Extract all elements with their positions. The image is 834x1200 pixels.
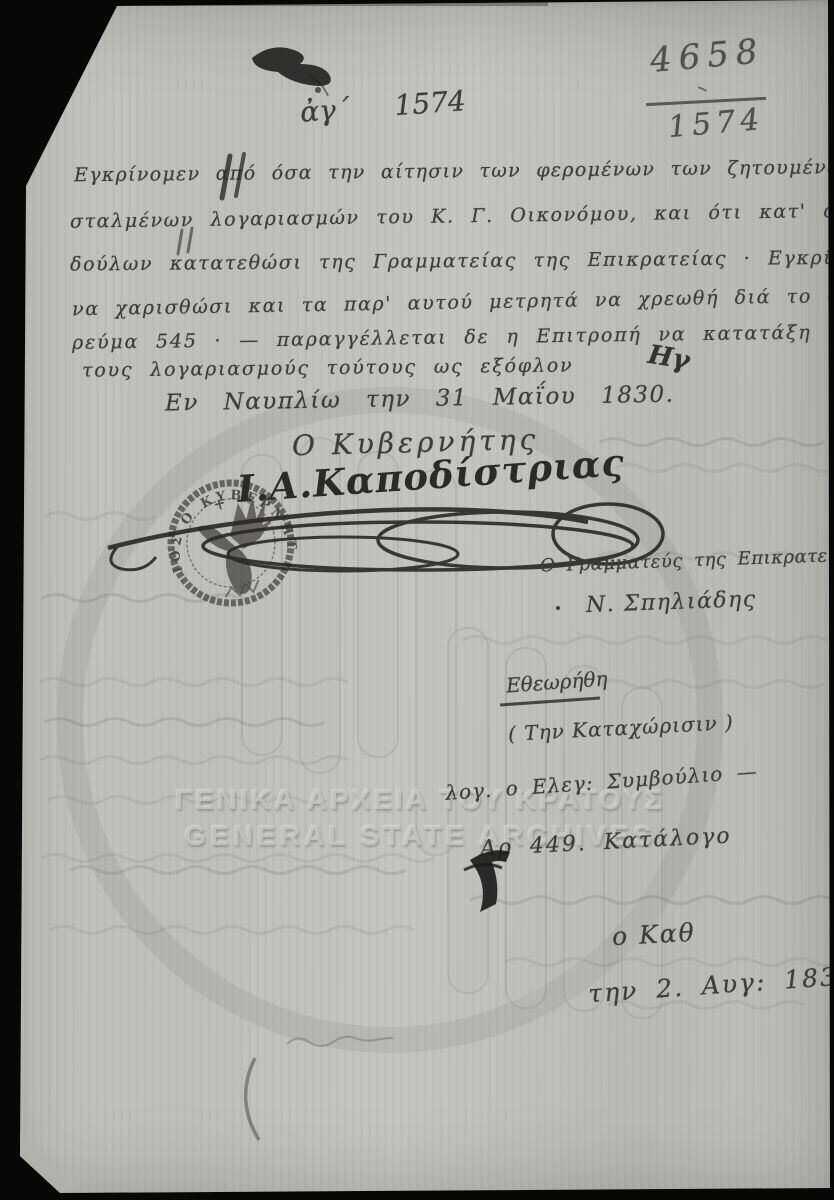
bleed-curve bbox=[225, 1028, 445, 1158]
bottom-note-kath: ο Καθ bbox=[611, 918, 696, 951]
catalog-ink-mark bbox=[462, 842, 532, 920]
paraph-mark: Ηγ bbox=[646, 340, 692, 376]
ink-blot bbox=[238, 36, 348, 112]
scan-background: ΓΕΝΙΚΑ ΑΡΧΕΙΑ ΤΟΥ ΚΡΑΤΟΥΣ GENERAL STATE … bbox=[0, 0, 834, 1200]
signature-text: Ι.Α.Καποδίστριας bbox=[235, 440, 627, 511]
document-page: ΓΕΝΙΚΑ ΑΡΧΕΙΑ ΤΟΥ ΚΡΑΤΟΥΣ GENERAL STATE … bbox=[0, 0, 834, 1200]
top-edge-strip bbox=[128, 0, 548, 6]
secretary-dot bbox=[556, 606, 560, 610]
ink-smudge-marks bbox=[216, 150, 276, 260]
